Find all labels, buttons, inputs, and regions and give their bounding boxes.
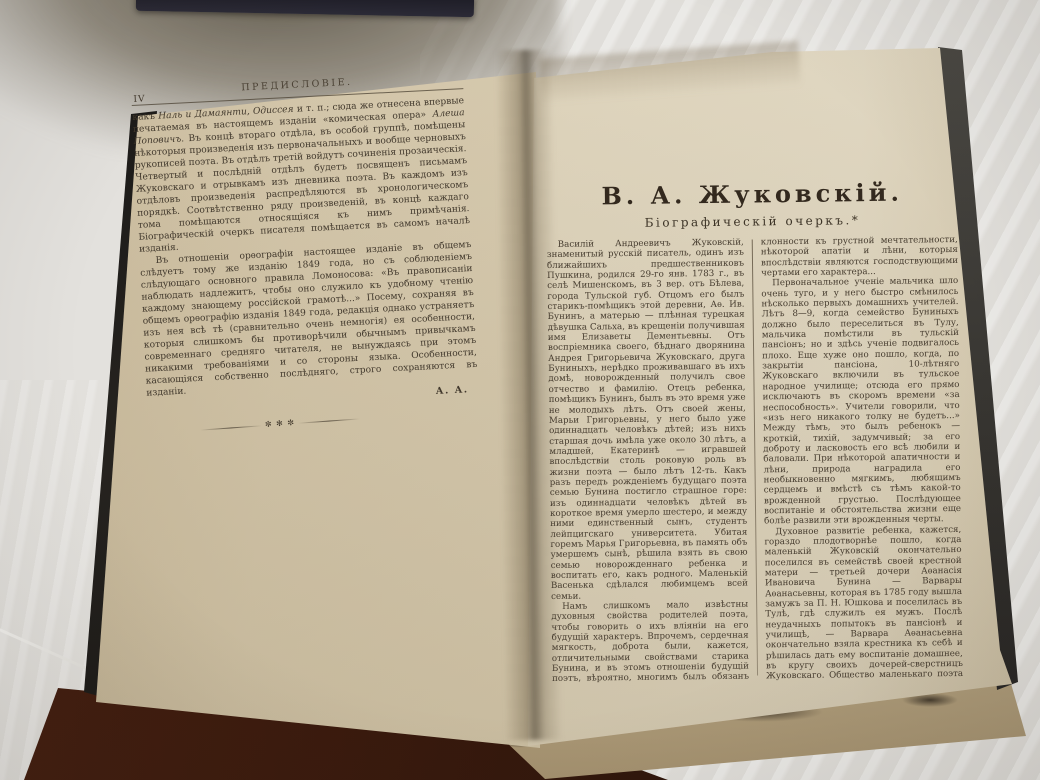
column-paragraph: Духовное развитіе ребенка, кажется, гора… — [764, 525, 964, 684]
ornament-line-right — [298, 418, 360, 423]
book-photo-scene: IV ПРЕДИСЛОВІЕ. какъ Наль и Дамаянти, Од… — [0, 0, 1040, 780]
column-paragraph: Намъ слишкомъ мало извѣстны духовныя сво… — [551, 600, 750, 684]
right-page-text-block: В. А. Жуковскій. Біографическій очеркъ.*… — [546, 177, 964, 684]
preface-paragraph-1: какъ Наль и Дамаянти, Одиссея и т. п.; с… — [132, 95, 471, 256]
two-column-text: Василій Андреевичъ Жуковскій, знаменитый… — [547, 235, 964, 684]
text-column-left: Василій Андреевичъ Жуковскій, знаменитый… — [547, 238, 749, 684]
column-paragraph: Василій Андреевичъ Жуковскій, знаменитый… — [547, 238, 748, 602]
column-paragraph: клонности къ грустной мечтательности, нѣ… — [761, 235, 958, 279]
column-divider-rule — [752, 239, 758, 675]
left-page-text-block: IV ПРЕДИСЛОВІЕ. какъ Наль и Дамаянти, Од… — [131, 73, 479, 412]
essay-subtitle: Біографическій очеркъ.* — [546, 212, 958, 231]
ornament-line-left — [200, 425, 262, 430]
essay-title: В. А. Жуковскій. — [546, 177, 958, 211]
preface-paragraph-2: Въ отношеніи орѳографіи настоящее издані… — [139, 239, 478, 400]
text-column-right: клонности къ грустной мечтательности, нѣ… — [761, 235, 963, 681]
preface-body: какъ Наль и Дамаянти, Одиссея и т. п.; с… — [132, 95, 479, 412]
preface-p1-text: какъ — [132, 112, 158, 123]
preface-p1-text: . Въ концѣ втораго отдѣла, въ особой гру… — [134, 120, 470, 255]
column-paragraph: Первоначальное ученіе мальчика шло очень… — [761, 276, 961, 527]
